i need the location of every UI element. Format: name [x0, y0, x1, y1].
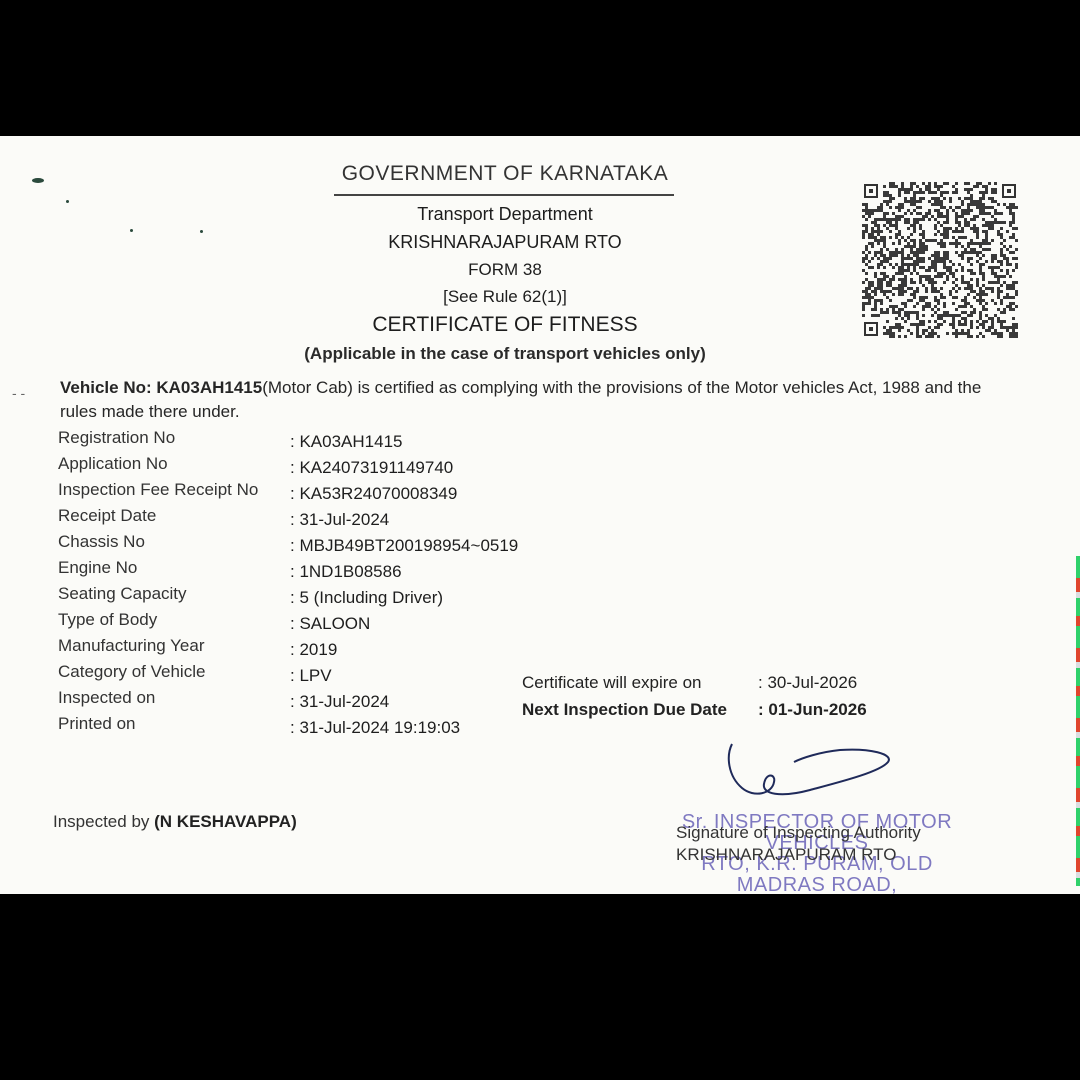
certificate-title: CERTIFICATE OF FITNESS	[0, 313, 1010, 337]
expiry-value: 30-Jul-2026	[758, 673, 857, 693]
next-inspection-value: 01-Jun-2026	[758, 700, 867, 720]
detail-label: Inspected on	[58, 688, 155, 708]
detail-label: Printed on	[58, 714, 136, 734]
detail-label: Type of Body	[58, 610, 157, 630]
office-name: KRISHNARAJAPURAM RTO	[0, 232, 1010, 253]
detail-value: 2019	[290, 640, 337, 660]
detail-value: 31-Jul-2024	[290, 692, 389, 712]
detail-label: Manufacturing Year	[58, 636, 205, 656]
edge-color-strip	[1076, 556, 1080, 886]
detail-value: 5 (Including Driver)	[290, 588, 443, 608]
detail-label: Chassis No	[58, 532, 145, 552]
detail-label: Engine No	[58, 558, 137, 578]
expiry-label: Certificate will expire on	[522, 673, 702, 693]
government-heading: GOVERNMENT OF KARNATAKA	[0, 162, 1010, 186]
detail-label: Category of Vehicle	[58, 662, 205, 682]
inspector-name: (N KESHAVAPPA)	[154, 812, 297, 831]
qr-code-icon	[862, 182, 1018, 338]
next-inspection-label: Next Inspection Due Date	[522, 700, 727, 720]
detail-value: KA24073191149740	[290, 458, 453, 478]
heading-underline	[334, 194, 674, 196]
detail-label: Seating Capacity	[58, 584, 187, 604]
detail-label: Application No	[58, 454, 168, 474]
detail-value: LPV	[290, 666, 332, 686]
detail-value: KA03AH1415	[290, 432, 402, 452]
vehicle-number: KA03AH1415	[156, 378, 262, 397]
detail-label: Inspection Fee Receipt No	[58, 480, 258, 500]
rule-reference: [See Rule 62(1)]	[0, 287, 1010, 307]
signature-office: KRISHNARAJAPURAM RTO	[676, 844, 921, 866]
applicability-note: (Applicable in the case of transport veh…	[0, 344, 1010, 364]
inspected-by-label: Inspected by	[53, 812, 154, 831]
signature-caption: Signature of Inspecting Authority	[676, 822, 921, 844]
detail-value: KA53R24070008349	[290, 484, 457, 504]
vehicle-no-prefix: Vehicle No:	[60, 378, 156, 397]
margin-mark: - -	[12, 385, 25, 401]
paper-speck	[66, 200, 69, 203]
form-number: FORM 38	[0, 260, 1010, 280]
detail-value: 1ND1B08586	[290, 562, 402, 582]
signature-caption-block: Signature of Inspecting Authority KRISHN…	[676, 822, 921, 866]
detail-value: 31-Jul-2024	[290, 510, 389, 530]
detail-value: SALOON	[290, 614, 370, 634]
department-name: Transport Department	[0, 204, 1010, 225]
detail-label: Receipt Date	[58, 506, 156, 526]
certificate-document: GOVERNMENT OF KARNATAKA Transport Depart…	[0, 136, 1080, 894]
detail-label: Registration No	[58, 428, 175, 448]
signature-icon	[720, 742, 900, 812]
inspected-by: Inspected by (N KESHAVAPPA)	[53, 812, 297, 832]
certification-statement: Vehicle No: KA03AH1415(Motor Cab) is cer…	[60, 376, 1000, 424]
detail-value: MBJB49BT200198954~0519	[290, 536, 518, 556]
detail-value: 31-Jul-2024 19:19:03	[290, 718, 460, 738]
